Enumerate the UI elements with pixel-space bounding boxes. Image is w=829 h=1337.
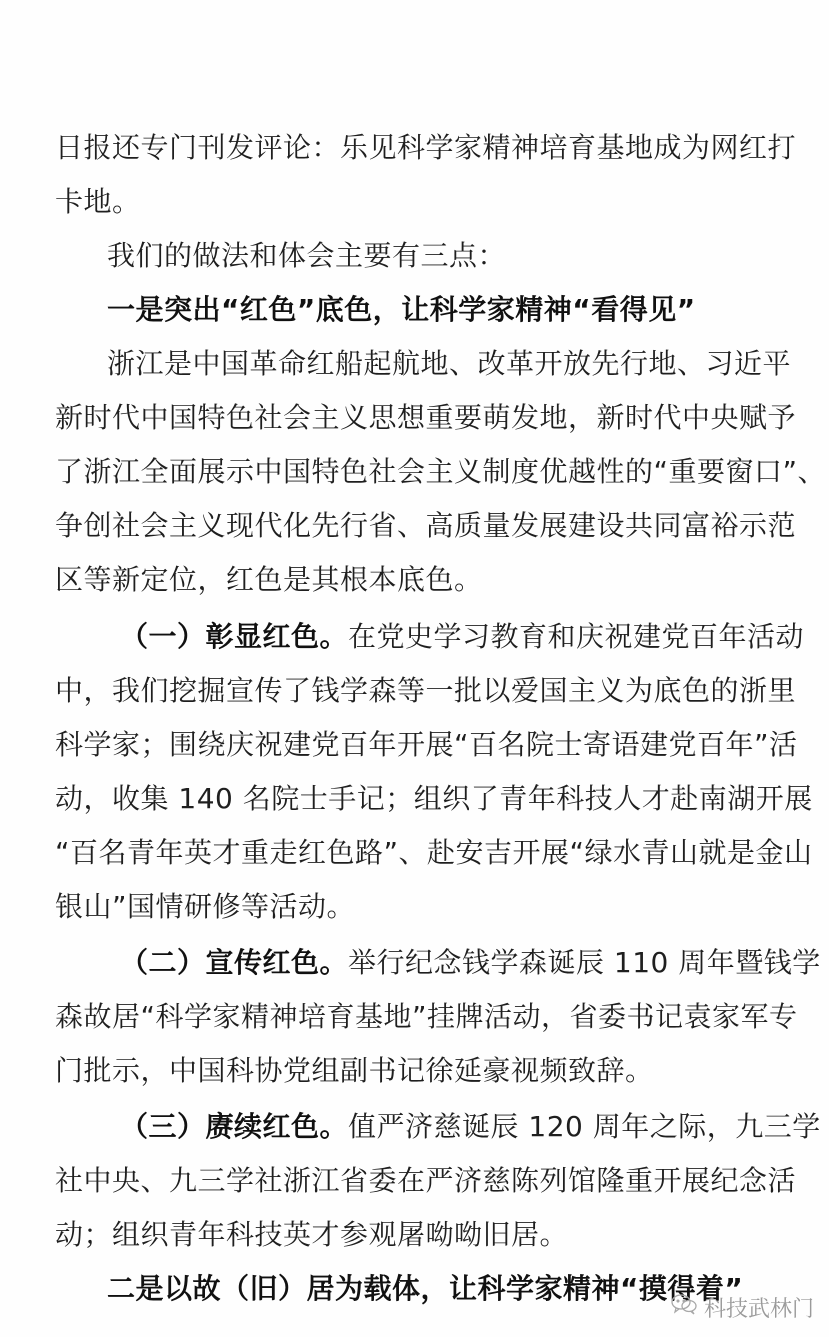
wechat-icon [670,1293,698,1321]
paragraph-line: 区等新定位，红色是其根本底色。 [55,563,775,597]
paragraph-line: 社中央、九三学社浙江省委在严济慈陈列馆隆重开展纪念活 [55,1164,775,1198]
subsection-paragraph-line: （一）彰显红色。在党史学习教育和庆祝建党百年活动 [120,620,829,654]
subsection-paragraph-line: （三）赓续红色。值严济慈诞辰 120 周年之际，九三学 [120,1110,829,1144]
subsection-title: （一）彰显红色。 [120,620,348,653]
line-text: 值严济慈诞辰 120 周年之际，九三学 [348,1110,821,1143]
line-text: 中，我们挖掘宣传了钱学森等一批以爱国主义为底色的浙里 [55,674,796,707]
line-text: 浙江是中国革命红船起航地、改革开放先行地、习近平 [107,347,791,380]
line-text: 动，收集 140 名院士手记；组织了青年科技人才赴南湖开展 [55,782,813,815]
line-text: “百名青年英才重走红色路”、赴安吉开展“绿水青山就是金山 [55,836,813,869]
paragraph-line: 科学家；围绕庆祝建党百年开展“百名院士寄语建党百年”活 [55,728,775,762]
paragraph-line: 了浙江全面展示中国特色社会主义制度优越性的“重要窗口”、 [55,455,775,489]
subsection-title: （二）宣传红色。 [120,946,348,979]
paragraph-line: 我们的做法和体会主要有三点： [107,239,827,273]
line-text: 银山”国情研修等活动。 [55,890,355,923]
paragraph-line: 浙江是中国革命红船起航地、改革开放先行地、习近平 [107,347,827,381]
paragraph-line: 新时代中国特色社会主义思想重要萌发地，新时代中央赋予 [55,401,775,435]
section-heading: 一是突出“红色”底色，让科学家精神“看得见” [107,293,827,327]
subsection-paragraph-line: （二）宣传红色。举行纪念钱学森诞辰 110 周年暨钱学 [120,946,829,980]
paragraph-line: “百名青年英才重走红色路”、赴安吉开展“绿水青山就是金山 [55,836,775,870]
line-text: 门批示，中国科协党组副书记徐延豪视频致辞。 [55,1054,654,1087]
line-text: 区等新定位，红色是其根本底色。 [55,563,483,596]
paragraph-line: 争创社会主义现代化先行省、高质量发展建设共同富裕示范 [55,509,775,543]
paragraph-line: 门批示，中国科协党组副书记徐延豪视频致辞。 [55,1054,775,1088]
subsection-title: （三）赓续红色。 [120,1110,348,1143]
paragraph-line: 银山”国情研修等活动。 [55,890,775,924]
line-text: 新时代中国特色社会主义思想重要萌发地，新时代中央赋予 [55,401,796,434]
line-text: 一是突出“红色”底色，让科学家精神“看得见” [107,293,696,326]
line-text: 在党史学习教育和庆祝建党百年活动 [348,620,804,653]
watermark: 科技武林门 [670,1292,814,1322]
line-text: 日报还专门刊发评论：乐见科学家精神培育基地成为网红打 [55,131,796,164]
paragraph-line: 中，我们挖掘宣传了钱学森等一批以爱国主义为底色的浙里 [55,674,775,708]
paragraph-line: 日报还专门刊发评论：乐见科学家精神培育基地成为网红打 [55,131,775,165]
line-text: 举行纪念钱学森诞辰 110 周年暨钱学 [348,946,821,979]
document-page: 日报还专门刊发评论：乐见科学家精神培育基地成为网红打卡地。我们的做法和体会主要有… [0,0,829,1337]
paragraph-line: 动，收集 140 名院士手记；组织了青年科技人才赴南湖开展 [55,782,775,816]
paragraph-line: 卡地。 [55,185,775,219]
paragraph-line: 动；组织青年科技英才参观屠呦呦旧居。 [55,1218,775,1252]
line-text: 二是以故（旧）居为载体，让科学家精神“摸得着” [107,1272,743,1305]
line-text: 森故居“科学家精神培育基地”挂牌活动，省委书记袁家军专 [55,1000,798,1033]
paragraph-line: 森故居“科学家精神培育基地”挂牌活动，省委书记袁家军专 [55,1000,775,1034]
line-text: 动；组织青年科技英才参观屠呦呦旧居。 [55,1218,568,1251]
line-text: 社中央、九三学社浙江省委在严济慈陈列馆隆重开展纪念活 [55,1164,796,1197]
line-text: 争创社会主义现代化先行省、高质量发展建设共同富裕示范 [55,509,796,542]
watermark-label: 科技武林门 [704,1292,814,1323]
line-text: 我们的做法和体会主要有三点： [107,239,506,272]
line-text: 科学家；围绕庆祝建党百年开展“百名院士寄语建党百年”活 [55,728,798,761]
line-text: 卡地。 [55,185,141,218]
line-text: 了浙江全面展示中国特色社会主义制度优越性的“重要窗口”、 [55,455,826,488]
